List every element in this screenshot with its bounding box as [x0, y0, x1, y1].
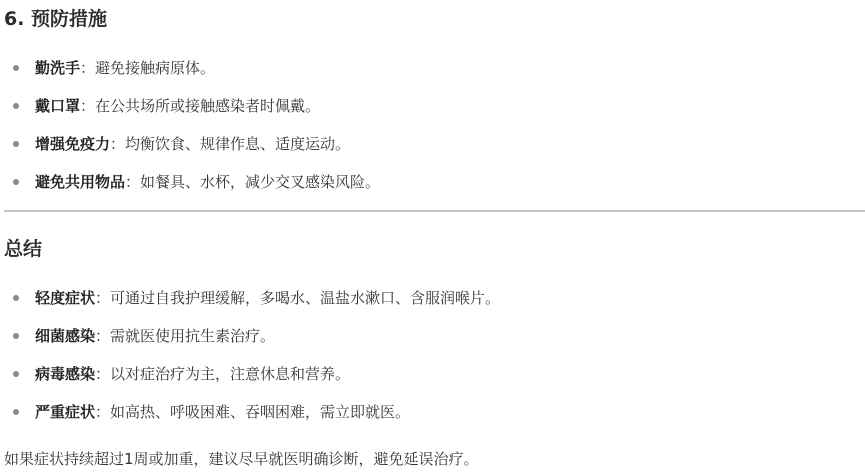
summary-list: 轻度症状：可通过自我护理缓解，多喝水、温盐水漱口、含服润喉片。 细菌感染：需就医…: [0, 286, 500, 438]
item-text: 在公共场所或接触感染者时佩戴。: [95, 97, 320, 115]
bullet-icon: [13, 295, 19, 301]
item-label: 轻度症状: [35, 289, 95, 307]
item-text: 以对症治疗为主，注意休息和营养。: [110, 365, 350, 383]
bullet-icon: [13, 409, 19, 415]
bullet-icon: [13, 179, 19, 185]
summary-footer-paragraph: 如果症状持续超过1周或加重，建议尽早就医明确诊断，避免延误治疗。: [4, 447, 479, 471]
list-item: 避免共用物品：如餐具、水杯，减少交叉感染风险。: [0, 170, 380, 208]
item-label: 戴口罩: [35, 97, 80, 115]
bullet-icon: [13, 333, 19, 339]
item-label: 勤洗手: [35, 59, 80, 77]
item-label: 增强免疫力: [35, 135, 110, 153]
bullet-icon: [13, 141, 19, 147]
list-item: 增强免疫力：均衡饮食、规律作息、适度运动。: [0, 132, 380, 170]
list-item: 病毒感染：以对症治疗为主，注意休息和营养。: [0, 362, 500, 400]
item-label: 严重症状: [35, 403, 95, 421]
item-text: 如高热、呼吸困难、吞咽困难，需立即就医。: [110, 403, 410, 421]
item-text: 均衡饮食、规律作息、适度运动。: [125, 135, 350, 153]
item-text: 可通过自我护理缓解，多喝水、温盐水漱口、含服润喉片。: [110, 289, 500, 307]
list-item: 戴口罩：在公共场所或接触感染者时佩戴。: [0, 94, 380, 132]
prevention-list: 勤洗手：避免接触病原体。 戴口罩：在公共场所或接触感染者时佩戴。 增强免疫力：均…: [0, 56, 380, 208]
section-heading-summary: 总结: [4, 237, 42, 261]
item-label: 避免共用物品: [35, 173, 125, 191]
item-text: 如餐具、水杯，减少交叉感染风险。: [140, 173, 380, 191]
item-label: 病毒感染: [35, 365, 95, 383]
list-item: 轻度症状：可通过自我护理缓解，多喝水、温盐水漱口、含服润喉片。: [0, 286, 500, 324]
item-text: 避免接触病原体。: [95, 59, 215, 77]
item-label: 细菌感染: [35, 327, 95, 345]
bullet-icon: [13, 371, 19, 377]
list-item: 勤洗手：避免接触病原体。: [0, 56, 380, 94]
horizontal-divider: [4, 210, 865, 212]
item-text: 需就医使用抗生素治疗。: [110, 327, 275, 345]
section-heading-prevention: 6. 预防措施: [4, 7, 107, 31]
bullet-icon: [13, 103, 19, 109]
list-item: 细菌感染：需就医使用抗生素治疗。: [0, 324, 500, 362]
list-item: 严重症状：如高热、呼吸困难、吞咽困难，需立即就医。: [0, 400, 500, 438]
bullet-icon: [13, 65, 19, 71]
